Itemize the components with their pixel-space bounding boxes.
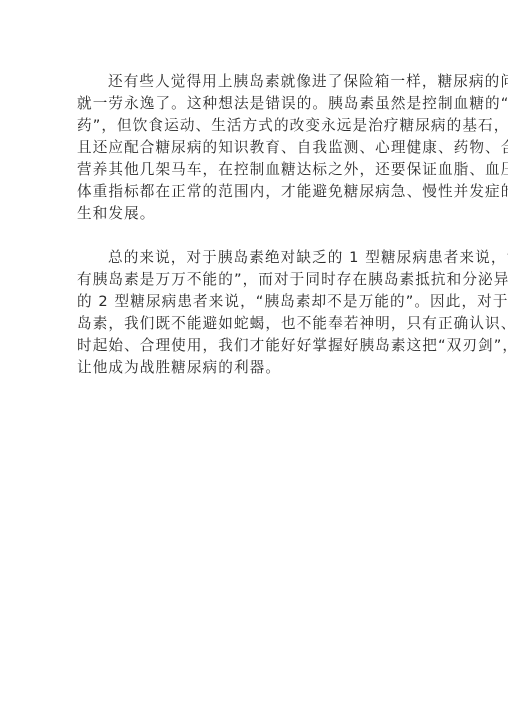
text-line: 生和发展。 [77,203,423,225]
document-page: 还有些人觉得用上胰岛素就像进了保险箱一样，糖尿病的问题 就一劳永逸了。这种想法是… [0,0,508,720]
text-line: 有胰岛素是万万不能的”，而对于同时存在胰岛素抵抗和分泌异常 [77,269,423,291]
text-line: 时起始、合理使用，我们才能好好掌握好胰岛素这把“双刃剑”， [77,335,423,357]
paragraph-conclusion: 总的来说，对于胰岛素绝对缺乏的 1 型糖尿病患者来说，“没 有胰岛素是万万不能的… [77,247,423,379]
text-line: 还有些人觉得用上胰岛素就像进了保险箱一样，糖尿病的问题 [77,71,423,93]
text-line: 体重指标都在正常的范围内，才能避免糖尿病急、慢性并发症的发 [77,181,423,203]
text-line: 营养其他几架马车，在控制血糖达标之外，还要保证血脂、血压和 [77,159,423,181]
text-line: 总的来说，对于胰岛素绝对缺乏的 1 型糖尿病患者来说，“没 [77,247,423,269]
text-line: 的 2 型糖尿病患者来说，“胰岛素却不是万能的”。因此，对于胰 [77,291,423,313]
text-line: 岛素，我们既不能避如蛇蝎，也不能奉若神明，只有正确认识、适 [77,313,423,335]
text-line: 就一劳永逸了。这种想法是错误的。胰岛素虽然是控制血糖的“良 [77,93,423,115]
text-line: 且还应配合糖尿病的知识教育、自我监测、心理健康、药物、合理 [77,137,423,159]
text-line: 让他成为战胜糖尿病的利器。 [77,357,423,379]
document-body: 还有些人觉得用上胰岛素就像进了保险箱一样，糖尿病的问题 就一劳永逸了。这种想法是… [77,71,423,401]
paragraph-insulin-misconception: 还有些人觉得用上胰岛素就像进了保险箱一样，糖尿病的问题 就一劳永逸了。这种想法是… [77,71,423,225]
text-line: 药”，但饮食运动、生活方式的改变永远是治疗糖尿病的基石，并 [77,115,423,137]
